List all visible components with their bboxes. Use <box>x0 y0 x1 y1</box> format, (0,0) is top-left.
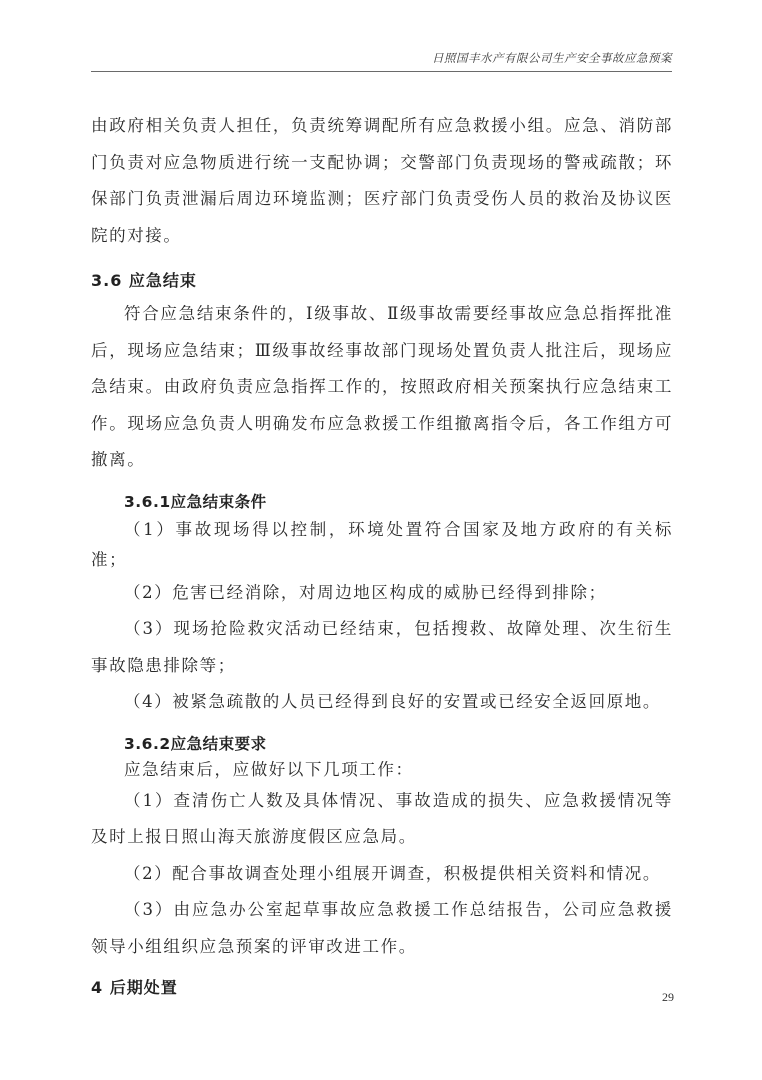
page-number: 29 <box>650 990 674 1005</box>
section-heading-3-6-1: 3.6.1应急结束条件 <box>124 489 673 515</box>
intro-paragraph: 由政府相关负责人担任，负责统筹调配所有应急救援小组。应急、消防部门负责对应急物质… <box>91 108 673 254</box>
header-divider <box>91 71 672 72</box>
list-item: （1）事故现场得以控制，环境处置符合国家及地方政府的有关标准； <box>91 515 673 575</box>
end-requirements-list: （1）查清伤亡人数及具体情况、事故造成的损失、应急救援情况等及时上报日照山海天旅… <box>91 783 673 966</box>
end-conditions-list: （1）事故现场得以控制，环境处置符合国家及地方政府的有关标准； （2）危害已经消… <box>91 515 673 721</box>
section-heading-4: 4 后期处置 <box>91 973 673 1003</box>
list-item: （3）由应急办公室起草事故应急救援工作总结报告，公司应急救援领导小组组织应急预案… <box>91 892 673 965</box>
list-item: （3）现场抢险救灾活动已经结束，包括搜救、故障处理、次生衍生事故隐患排除等； <box>91 611 673 684</box>
list-item: （2）配合事故调查处理小组展开调查，积极提供相关资料和情况。 <box>91 856 673 893</box>
section-heading-3-6-2: 3.6.2应急结束要求 <box>124 731 673 757</box>
page-content: 由政府相关负责人担任，负责统筹调配所有应急救援小组。应急、消防部门负责对应急物质… <box>91 108 673 1003</box>
list-item: （2）危害已经消除，对周边地区构成的威胁已经得到排除； <box>91 575 673 612</box>
document-header-title: 日照国丰水产有限公司生产安全事故应急预案 <box>420 50 672 66</box>
list-item: （4）被紧急疏散的人员已经得到良好的安置或已经安全返回原地。 <box>91 684 673 721</box>
list-item: （1）查清伤亡人数及具体情况、事故造成的损失、应急救援情况等及时上报日照山海天旅… <box>91 783 673 856</box>
section-heading-3-6: 3.6 应急结束 <box>91 266 673 296</box>
section-3-6-paragraph: 符合应急结束条件的，Ⅰ级事故、Ⅱ级事故需要经事故应急总指挥批准后，现场应急结束；… <box>91 296 673 479</box>
section-3-6-2-lead: 应急结束后，应做好以下几项工作： <box>91 757 673 783</box>
